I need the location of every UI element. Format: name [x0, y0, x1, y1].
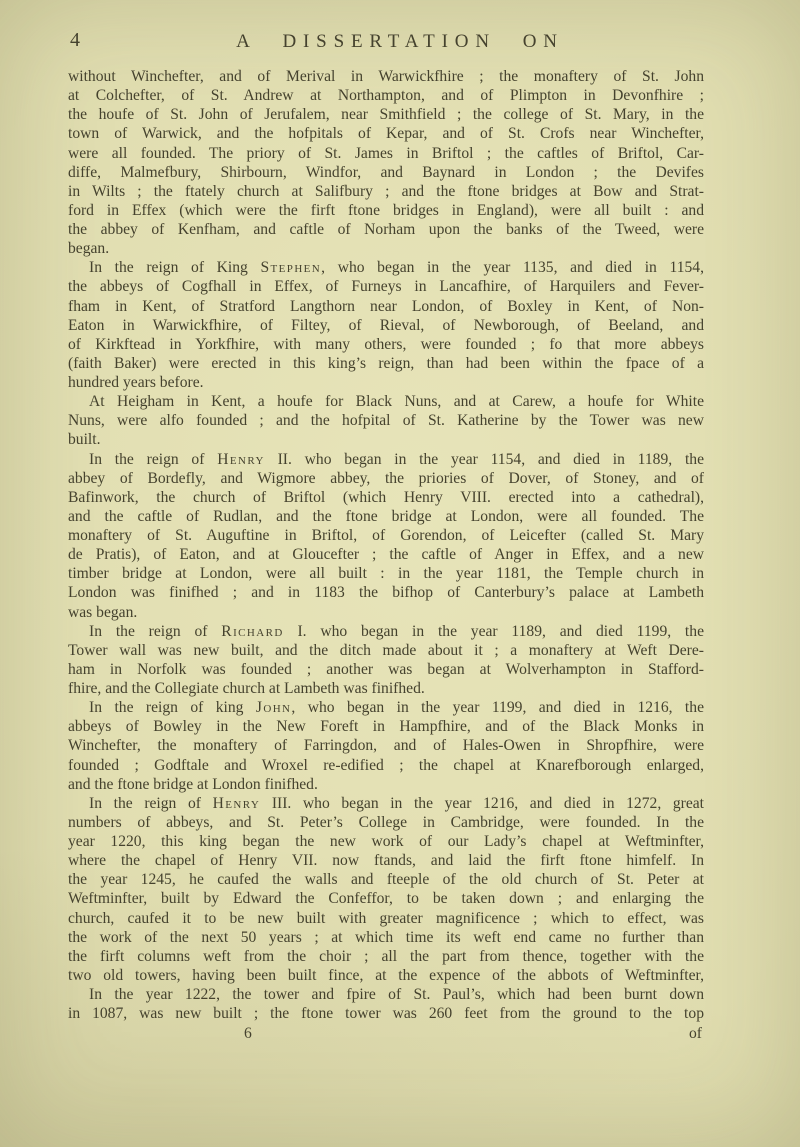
- text-line: Bafinwork, the church of Briftol (which …: [68, 488, 704, 507]
- page-header: 4 A DISSERTATION ON: [68, 0, 732, 56]
- text-line: Eaton in Warwickfhire, of Filtey, of Rie…: [68, 316, 704, 335]
- text-line: abbeys of Bowley in the New Foreft in Ha…: [68, 717, 704, 736]
- text-line: numbers of abbeys, and St. Peter’s Colle…: [68, 813, 704, 832]
- text-line: the abbeys of Cogfhall in Effex, of Furn…: [68, 277, 704, 296]
- book-page: 4 A DISSERTATION ON without Winchefter, …: [0, 0, 800, 1147]
- text-line: In the reign of Henry III. who began in …: [68, 794, 704, 813]
- text-line: town of Warwick, and the hofpitals of Ke…: [68, 124, 704, 143]
- text-line: of Kirkftead in Yorkfhire, with many oth…: [68, 335, 704, 354]
- text-line: at Colchefter, of St. Andrew at Northamp…: [68, 86, 704, 105]
- text-line: London was finifhed ; and in 1183 the bi…: [68, 583, 704, 602]
- text-line: and the ftone bridge at London finifhed.: [68, 775, 704, 794]
- text-line: At Heigham in Kent, a houfe for Black Nu…: [68, 392, 704, 411]
- text-line: the houfe of St. John of Jerufalem, near…: [68, 105, 704, 124]
- text-line: the firft columns weft from the choir ; …: [68, 947, 704, 966]
- text-line: In the year 1222, the tower and fpire of…: [68, 985, 704, 1004]
- text-line: where the chapel of Henry VII. now ftand…: [68, 851, 704, 870]
- text-line: the work of the next 50 years ; at which…: [68, 928, 704, 947]
- small-caps-name: Henry: [217, 451, 265, 468]
- text-line: the abbey of Kenfham, and caftle of Norh…: [68, 220, 704, 239]
- page-number: 4: [70, 29, 80, 52]
- text-line: ford in Effex (which were the firft fton…: [68, 201, 704, 220]
- text-line: de Pratis), of Eaton, and at Gloucefter …: [68, 545, 704, 564]
- small-caps-name: Stephen: [260, 259, 321, 276]
- catchword: of: [689, 1025, 702, 1043]
- text-line: Tower wall was new built, and the ditch …: [68, 641, 704, 660]
- text-line: in Wilts ; the ftately church at Salifbu…: [68, 182, 704, 201]
- signature-mark: 6: [244, 1025, 252, 1043]
- text-line: In the reign of king John, who began in …: [68, 698, 704, 717]
- small-caps-name: John: [256, 699, 292, 716]
- text-line: two old towers, having been built fince,…: [68, 966, 704, 985]
- text-line: In the reign of King Stephen, who began …: [68, 258, 704, 277]
- text-line: the year 1245, he caufed the walls and f…: [68, 870, 704, 889]
- text-line: built.: [68, 430, 704, 449]
- page-title: A DISSERTATION ON: [68, 31, 732, 53]
- text-line: in 1087, was new built ; the ftone tower…: [68, 1004, 704, 1023]
- text-line: hundred years before.: [68, 373, 704, 392]
- text-line: were all founded. The priory of St. Jame…: [68, 144, 704, 163]
- page-footer: 6 of: [68, 1025, 704, 1047]
- text-line: and the caftle of Rudlan, and the ftone …: [68, 507, 704, 526]
- text-line: Nuns, were alfo founded ; and the hofpit…: [68, 411, 704, 430]
- small-caps-name: Richard: [221, 623, 283, 640]
- text-line: In the reign of Richard I. who began in …: [68, 622, 704, 641]
- text-line: monaftery of St. Auguftine in Briftol, o…: [68, 526, 704, 545]
- text-line: without Winchefter, and of Merival in Wa…: [68, 67, 704, 86]
- text-line: abbey of Bordefly, and Wigmore abbey, th…: [68, 469, 704, 488]
- text-line: began.: [68, 239, 704, 258]
- text-line: fhire, and the Collegiate church at Lamb…: [68, 679, 704, 698]
- text-line: timber bridge at London, were all built …: [68, 564, 704, 583]
- text-line: church, caufed it to be new built with g…: [68, 909, 704, 928]
- text-line: founded ; Godftale and Wroxel re-edified…: [68, 756, 704, 775]
- text-line: In the reign of Henry II. who began in t…: [68, 450, 704, 469]
- text-line: Winchefter, the monaftery of Farringdon,…: [68, 736, 704, 755]
- text-line: diffe, Malmefbury, Shirbourn, Windfor, a…: [68, 163, 704, 182]
- text-block: without Winchefter, and of Merival in Wa…: [68, 67, 704, 1023]
- text-line: was began.: [68, 603, 704, 622]
- small-caps-name: Henry: [213, 795, 261, 812]
- text-line: ham in Norfolk was founded ; another was…: [68, 660, 704, 679]
- text-line: fham in Kent, of Stratford Langthorn nea…: [68, 297, 704, 316]
- text-line: Weftminfter, built by Edward the Confeff…: [68, 889, 704, 908]
- text-line: year 1220, this king began the new work …: [68, 832, 704, 851]
- text-line: (faith Baker) were erected in this king’…: [68, 354, 704, 373]
